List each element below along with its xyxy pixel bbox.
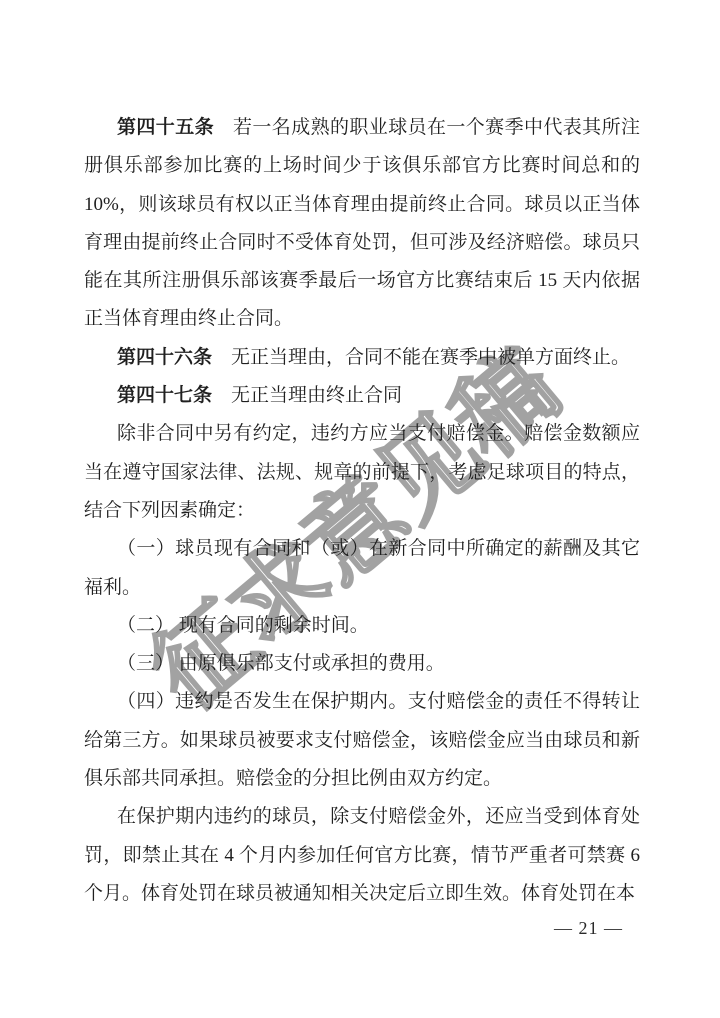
page-footer: — 21 — <box>554 918 623 939</box>
compensation-intro-text: 除非合同中另有约定，违约方应当支付赔偿金。赔偿金数额应当在遵守国家法律、法规、规… <box>84 423 640 521</box>
document-page: 征求意见稿 第四十五条若一名成熟的职业球员在一个赛季中代表其所注册俱乐部参加比赛… <box>0 0 720 1018</box>
article-46-number: 第四十六条 <box>117 347 212 368</box>
article-47-text: 无正当理由终止合同 <box>231 385 402 406</box>
page-number: — 21 — <box>554 918 623 938</box>
paragraph-article-46: 第四十六条无正当理由，合同不能在赛季中被单方面终止。 <box>84 339 640 377</box>
item-1-text: （一）球员现有合同和（或）在新合同中所确定的薪酬及其它福利。 <box>84 538 640 597</box>
document-body: 第四十五条若一名成熟的职业球员在一个赛季中代表其所注册俱乐部参加比赛的上场时间少… <box>84 109 640 913</box>
paragraph-compensation-intro: 除非合同中另有约定，违约方应当支付赔偿金。赔偿金数额应当在遵守国家法律、法规、规… <box>84 415 640 530</box>
paragraph-article-47: 第四十七条无正当理由终止合同 <box>84 377 640 415</box>
item-3-text: （三） 由原俱乐部支付或承担的费用。 <box>117 653 445 674</box>
article-45-number: 第四十五条 <box>117 117 214 138</box>
paragraph-item-2: （二） 现有合同的剩余时间。 <box>84 607 640 645</box>
paragraph-article-45: 第四十五条若一名成熟的职业球员在一个赛季中代表其所注册俱乐部参加比赛的上场时间少… <box>84 109 640 339</box>
paragraph-item-4: （四）违约是否发生在保护期内。支付赔偿金的责任不得转让给第三方。如果球员被要求支… <box>84 683 640 798</box>
article-47-number: 第四十七条 <box>117 385 212 406</box>
article-46-text: 无正当理由，合同不能在赛季中被单方面终止。 <box>231 347 630 368</box>
protected-period-text: 在保护期内违约的球员，除支付赔偿金外，还应当受到体育处罚，即禁止其在 4 个月内… <box>84 806 640 904</box>
article-45-text: 若一名成熟的职业球员在一个赛季中代表其所注册俱乐部参加比赛的上场时间少于该俱乐部… <box>84 117 640 329</box>
item-4-text: （四）违约是否发生在保护期内。支付赔偿金的责任不得转让给第三方。如果球员被要求支… <box>84 691 640 789</box>
item-2-text: （二） 现有合同的剩余时间。 <box>117 615 369 636</box>
paragraph-item-1: （一）球员现有合同和（或）在新合同中所确定的薪酬及其它福利。 <box>84 530 640 607</box>
paragraph-protected-period: 在保护期内违约的球员，除支付赔偿金外，还应当受到体育处罚，即禁止其在 4 个月内… <box>84 798 640 913</box>
paragraph-item-3: （三） 由原俱乐部支付或承担的费用。 <box>84 645 640 683</box>
